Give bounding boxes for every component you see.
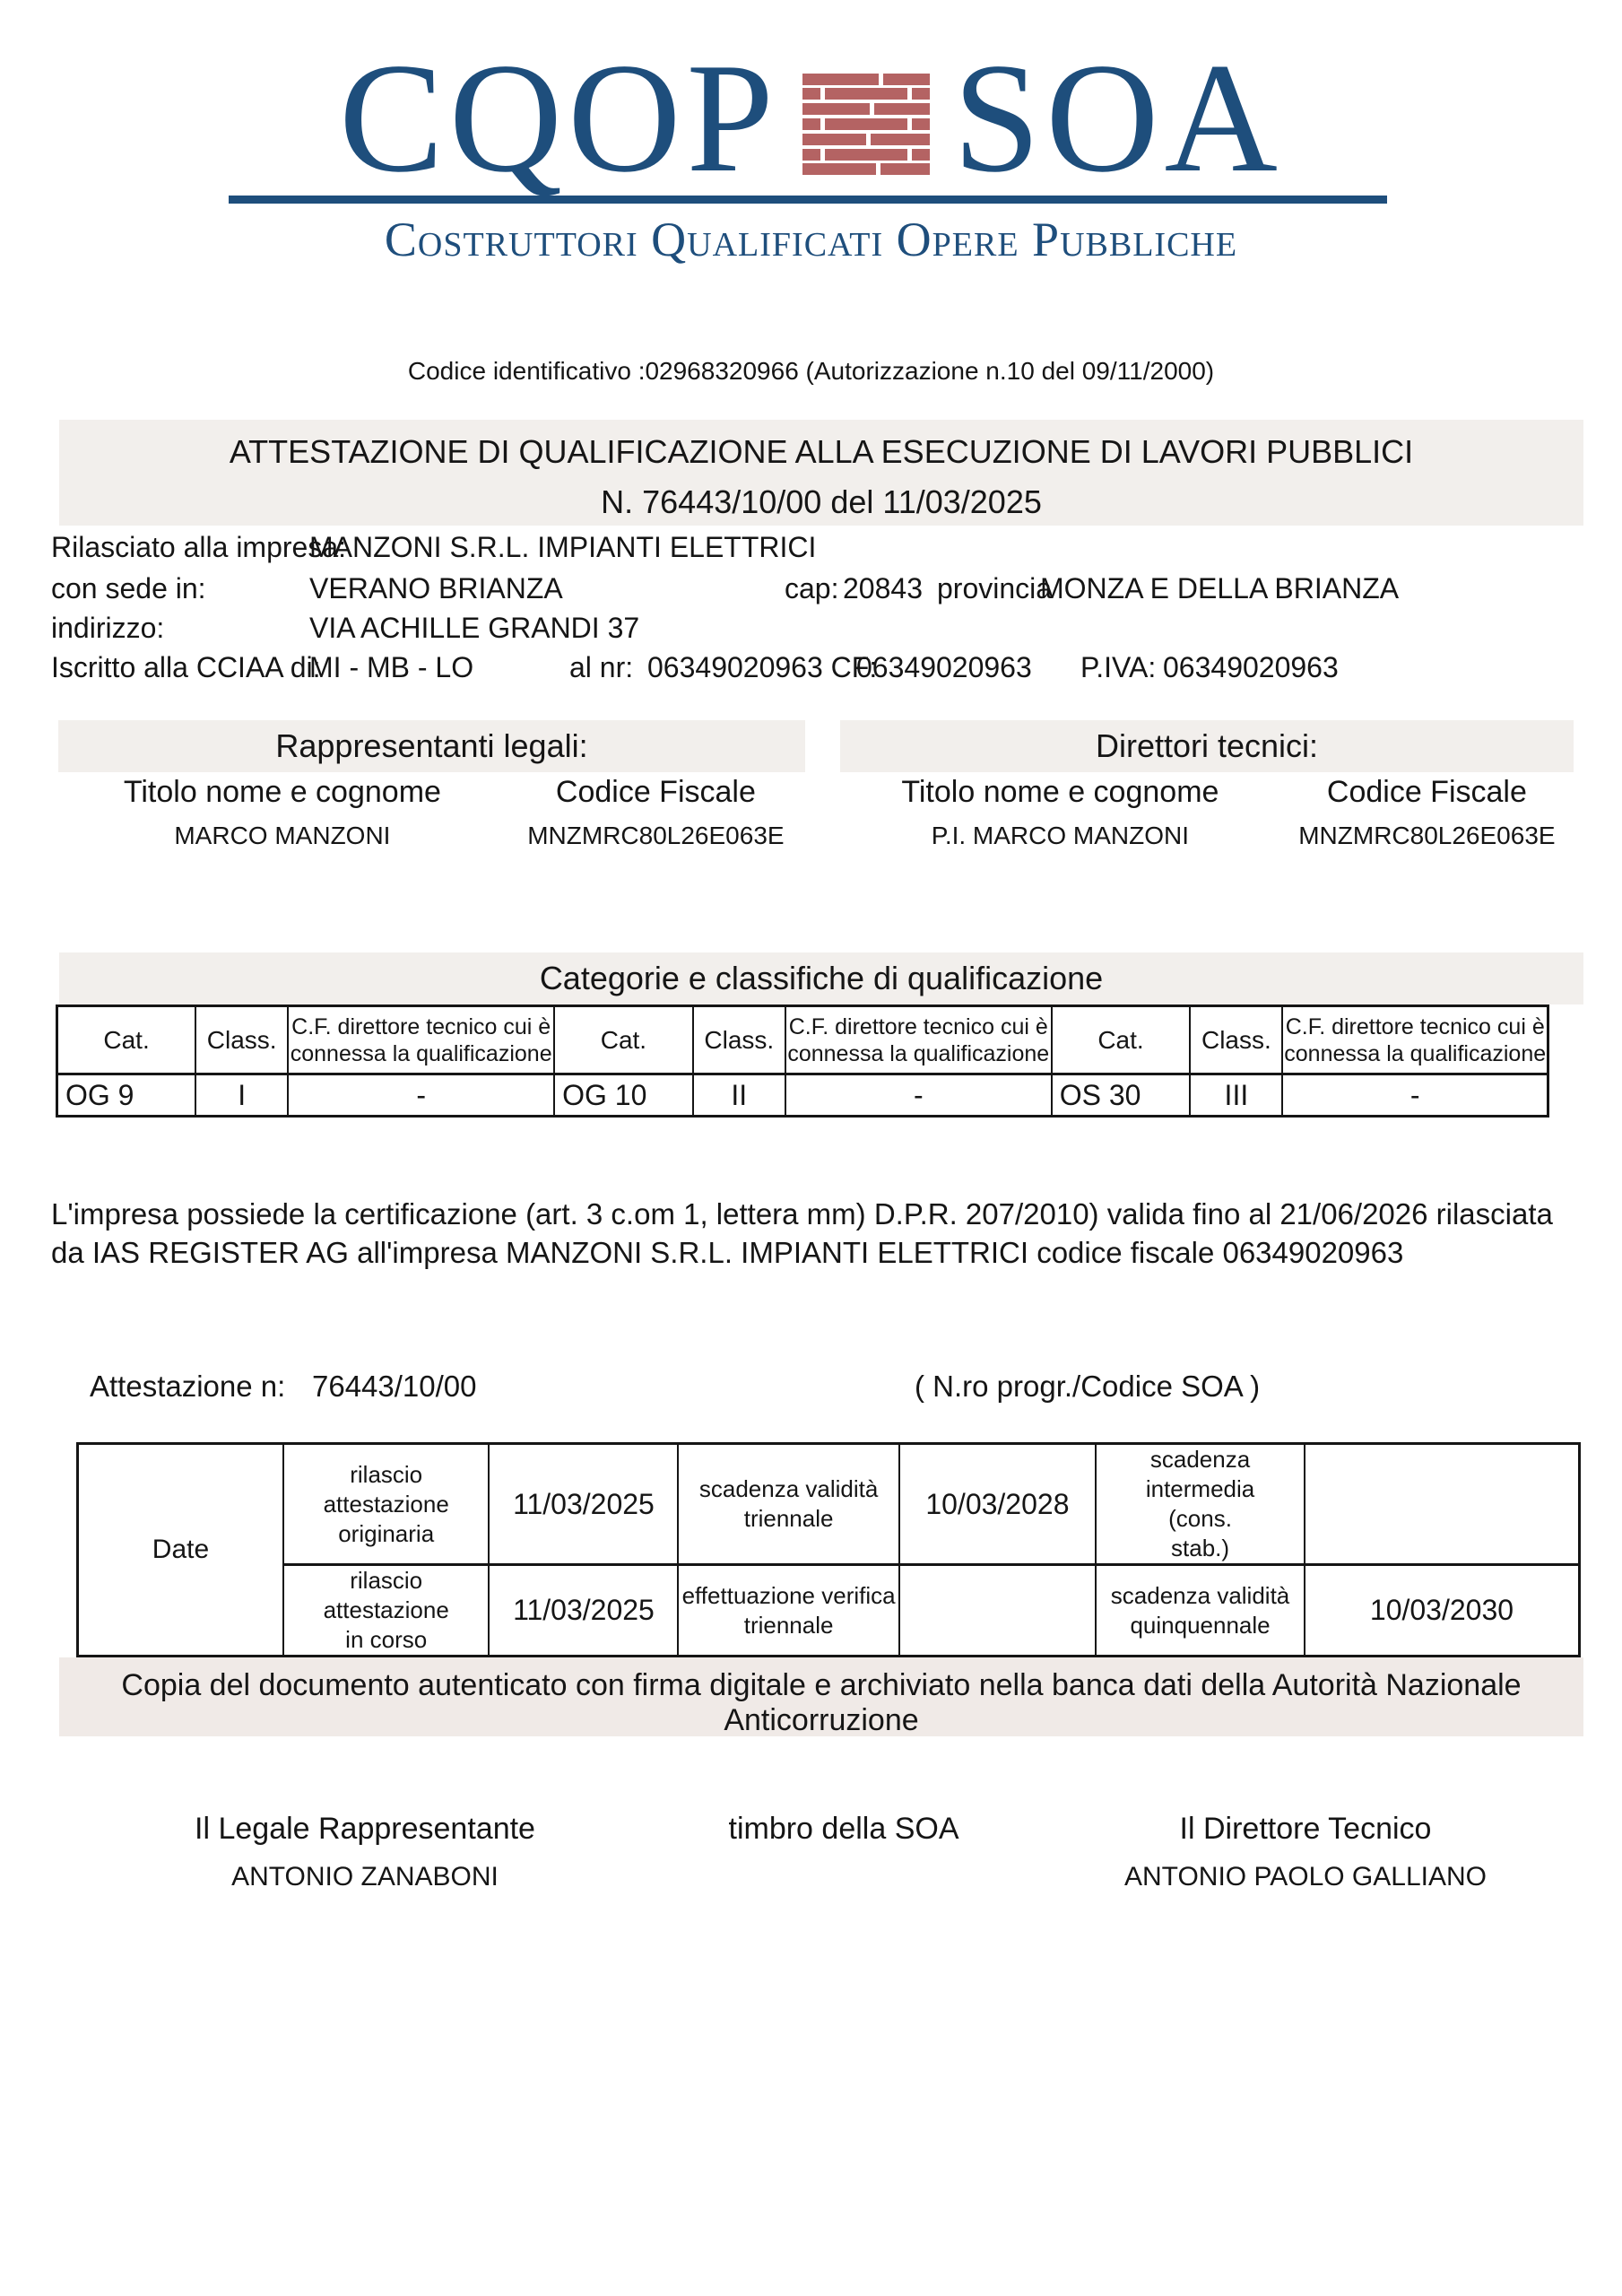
brick-row xyxy=(802,134,930,145)
colhead-titolo-nome: Titolo nome e cognome xyxy=(58,776,507,808)
cell-cf: - xyxy=(785,1074,1052,1117)
direttore-nome: P.I. MARCO MANZONI xyxy=(840,821,1280,851)
cell-scadenza-quinquennale-label: scadenza validità quinquennale xyxy=(1096,1565,1305,1657)
cell-cat: OG 10 xyxy=(554,1074,693,1117)
value-piva: 06349020963 xyxy=(1163,651,1339,683)
brick-wall-icon xyxy=(802,74,930,176)
label-cap: cap: xyxy=(785,572,838,604)
row-rilasciato: Rilasciato alla impresa: MANZONI S.R.L. … xyxy=(0,531,1622,567)
brick xyxy=(802,88,820,100)
brick xyxy=(825,88,907,100)
categorie-header-bar: Categorie e classifiche di qualificazion… xyxy=(59,952,1583,1004)
rappresentante-cf: MNZMRC80L26E063E xyxy=(507,821,805,851)
header-cat: Cat. xyxy=(57,1006,196,1074)
logo-word-soa: SOA xyxy=(953,39,1283,196)
cell-date-header: Date xyxy=(78,1444,283,1657)
label-piva: P.IVA: xyxy=(1080,651,1156,683)
value-provincia: MONZA E DELLA BRIANZA xyxy=(1040,572,1399,604)
direttori-column-headers: Titolo nome e cognome Codice Fiscale xyxy=(840,776,1574,808)
header-cf-direttore: C.F. direttore tecnico cui è connessa la… xyxy=(288,1006,554,1074)
certification-paragraph: L'impresa possiede la certificazione (ar… xyxy=(51,1195,1589,1272)
cell-cat: OG 9 xyxy=(57,1074,196,1117)
brick xyxy=(883,74,930,85)
cell-scadenza-triennale-data: 10/03/2028 xyxy=(899,1444,1096,1565)
cell-scadenza-intermedia-data xyxy=(1305,1444,1580,1565)
colhead-codice-fiscale: Codice Fiscale xyxy=(1280,776,1574,808)
cell-scadenza-intermedia-label: scadenza intermedia (cons. stab.) xyxy=(1096,1444,1305,1565)
label-rilasciato: Rilasciato alla impresa: xyxy=(51,531,346,563)
date-row-1: Date rilascio attestazione originaria 11… xyxy=(78,1444,1580,1565)
label-sede: con sede in: xyxy=(51,572,206,604)
signature-role: Il Direttore Tecnico xyxy=(1028,1812,1583,1846)
brick xyxy=(825,118,907,130)
header-class: Class. xyxy=(1190,1006,1282,1074)
brick-row xyxy=(802,74,930,85)
brick xyxy=(802,118,820,130)
value-cf: 06349020963 xyxy=(856,651,1032,683)
value-impresa-nome: MANZONI S.R.L. IMPIANTI ELETTRICI xyxy=(309,531,816,563)
rappresentante-nome: MARCO MANZONI xyxy=(58,821,507,851)
brick-row xyxy=(802,88,930,100)
cell-rilascio-originaria-data: 11/03/2025 xyxy=(489,1444,678,1565)
date-table: Date rilascio attestazione originaria 11… xyxy=(76,1442,1581,1657)
direttori-row: P.I. MARCO MANZONI MNZMRC80L26E063E xyxy=(840,821,1574,851)
value-cciaa: MI - MB - LO xyxy=(309,651,473,683)
cell-scadenza-quinquennale-data: 10/03/2030 xyxy=(1305,1565,1580,1657)
date-row-2: rilascio attestazione in corso 11/03/202… xyxy=(78,1565,1580,1657)
cell-rilascio-in-corso-label: rilascio attestazione in corso xyxy=(283,1565,489,1657)
attestazione-nota: ( N.ro progr./Codice SOA ) xyxy=(915,1370,1260,1403)
brick xyxy=(802,103,870,115)
signature-direttore-tecnico: Il Direttore Tecnico ANTONIO PAOLO GALLI… xyxy=(1028,1812,1583,1892)
categorie-header-row: Cat. Class. C.F. direttore tecnico cui è… xyxy=(57,1006,1548,1074)
cell-rilascio-originaria-label: rilascio attestazione originaria xyxy=(283,1444,489,1565)
attestation-title: ATTESTAZIONE DI QUALIFICAZIONE ALLA ESEC… xyxy=(59,427,1583,477)
cell-class: III xyxy=(1190,1074,1282,1117)
header-cat: Cat. xyxy=(1052,1006,1191,1074)
value-cap: 20843 xyxy=(843,572,923,604)
categorie-table: Cat. Class. C.F. direttore tecnico cui è… xyxy=(56,1004,1549,1118)
brick xyxy=(912,88,930,100)
header-class: Class. xyxy=(195,1006,288,1074)
signature-name: ANTONIO PAOLO GALLIANO xyxy=(1028,1862,1583,1892)
value-al-nr-cf: 06349020963 CF: xyxy=(647,651,877,683)
cell-cat: OS 30 xyxy=(1052,1074,1191,1117)
cell-cf: - xyxy=(288,1074,554,1117)
logo-tagline: Costruttori Qualificati Opere Pubbliche xyxy=(0,212,1622,267)
attestazione-numero: 76443/10/00 xyxy=(312,1370,477,1403)
categorie-data-row: OG 9 I - OG 10 II - OS 30 III - xyxy=(57,1074,1548,1117)
value-indirizzo: VIA ACHILLE GRANDI 37 xyxy=(309,612,639,644)
brick xyxy=(874,103,930,115)
row-sede: con sede in: VERANO BRIANZA cap: 20843 p… xyxy=(0,572,1622,608)
certificate-page: CQOP xyxy=(0,0,1622,2296)
rappresentanti-header-bar: Rappresentanti legali: xyxy=(58,720,805,772)
header-cat: Cat. xyxy=(554,1006,693,1074)
signature-name: ANTONIO ZANABONI xyxy=(87,1862,643,1892)
attestation-number-line: N. 76443/10/00 del 11/03/2025 xyxy=(59,477,1583,527)
cell-class: II xyxy=(693,1074,785,1117)
brick xyxy=(871,134,930,145)
logo-underline xyxy=(229,196,1387,204)
cell-scadenza-triennale-label: scadenza validità triennale xyxy=(678,1444,898,1565)
cqop-soa-logo: CQOP xyxy=(0,39,1622,196)
label-al-nr: al nr: xyxy=(569,651,633,683)
brick-row xyxy=(802,149,930,161)
brick xyxy=(825,149,907,161)
brick xyxy=(880,163,930,175)
row-cciaa: Iscritto alla CCIAA di: MI - MB - LO al … xyxy=(0,651,1622,687)
rappresentanti-column-headers: Titolo nome e cognome Codice Fiscale xyxy=(58,776,805,808)
cell-verifica-triennale-data xyxy=(899,1565,1096,1657)
brick xyxy=(912,149,930,161)
attestazione-label: Attestazione n: xyxy=(90,1370,285,1403)
brick xyxy=(802,149,820,161)
codice-identificativo-line: Codice identificativo :02968320966 (Auto… xyxy=(0,357,1622,386)
signature-role: Il Legale Rappresentante xyxy=(87,1812,643,1846)
cell-rilascio-in-corso-data: 11/03/2025 xyxy=(489,1565,678,1657)
cell-verifica-triennale-label: effettuazione verifica triennale xyxy=(678,1565,898,1657)
direttore-cf: MNZMRC80L26E063E xyxy=(1280,821,1574,851)
section-direttori-tecnici: Direttori tecnici: Titolo nome e cognome… xyxy=(840,720,1574,851)
brick xyxy=(802,163,876,175)
brick xyxy=(802,134,866,145)
rappresentanti-row: MARCO MANZONI MNZMRC80L26E063E xyxy=(58,821,805,851)
colhead-titolo-nome: Titolo nome e cognome xyxy=(840,776,1280,808)
colhead-codice-fiscale: Codice Fiscale xyxy=(507,776,805,808)
digital-copy-notice-bar: Copia del documento autenticato con firm… xyxy=(59,1657,1583,1736)
brick-row xyxy=(802,163,930,175)
header-cf-direttore: C.F. direttore tecnico cui è connessa la… xyxy=(1282,1006,1548,1074)
cell-cf: - xyxy=(1282,1074,1548,1117)
signature-legale-rappresentante: Il Legale Rappresentante ANTONIO ZANABON… xyxy=(87,1812,643,1892)
row-indirizzo: indirizzo: VIA ACHILLE GRANDI 37 xyxy=(0,612,1622,648)
header-cf-direttore: C.F. direttore tecnico cui è connessa la… xyxy=(785,1006,1052,1074)
brick xyxy=(912,118,930,130)
brick xyxy=(802,74,879,85)
brick-row xyxy=(802,103,930,115)
direttori-header-bar: Direttori tecnici: xyxy=(840,720,1574,772)
cell-class: I xyxy=(195,1074,288,1117)
header-class: Class. xyxy=(693,1006,785,1074)
brick-row xyxy=(802,118,930,130)
label-indirizzo: indirizzo: xyxy=(51,612,164,644)
section-rappresentanti-legali: Rappresentanti legali: Titolo nome e cog… xyxy=(58,720,805,851)
label-cciaa: Iscritto alla CCIAA di: xyxy=(51,651,321,683)
logo-word-cqop: CQOP xyxy=(339,39,779,196)
label-provincia: provincia xyxy=(937,572,1052,604)
value-sede: VERANO BRIANZA xyxy=(309,572,563,604)
attestation-title-bar: ATTESTAZIONE DI QUALIFICAZIONE ALLA ESEC… xyxy=(59,420,1583,526)
